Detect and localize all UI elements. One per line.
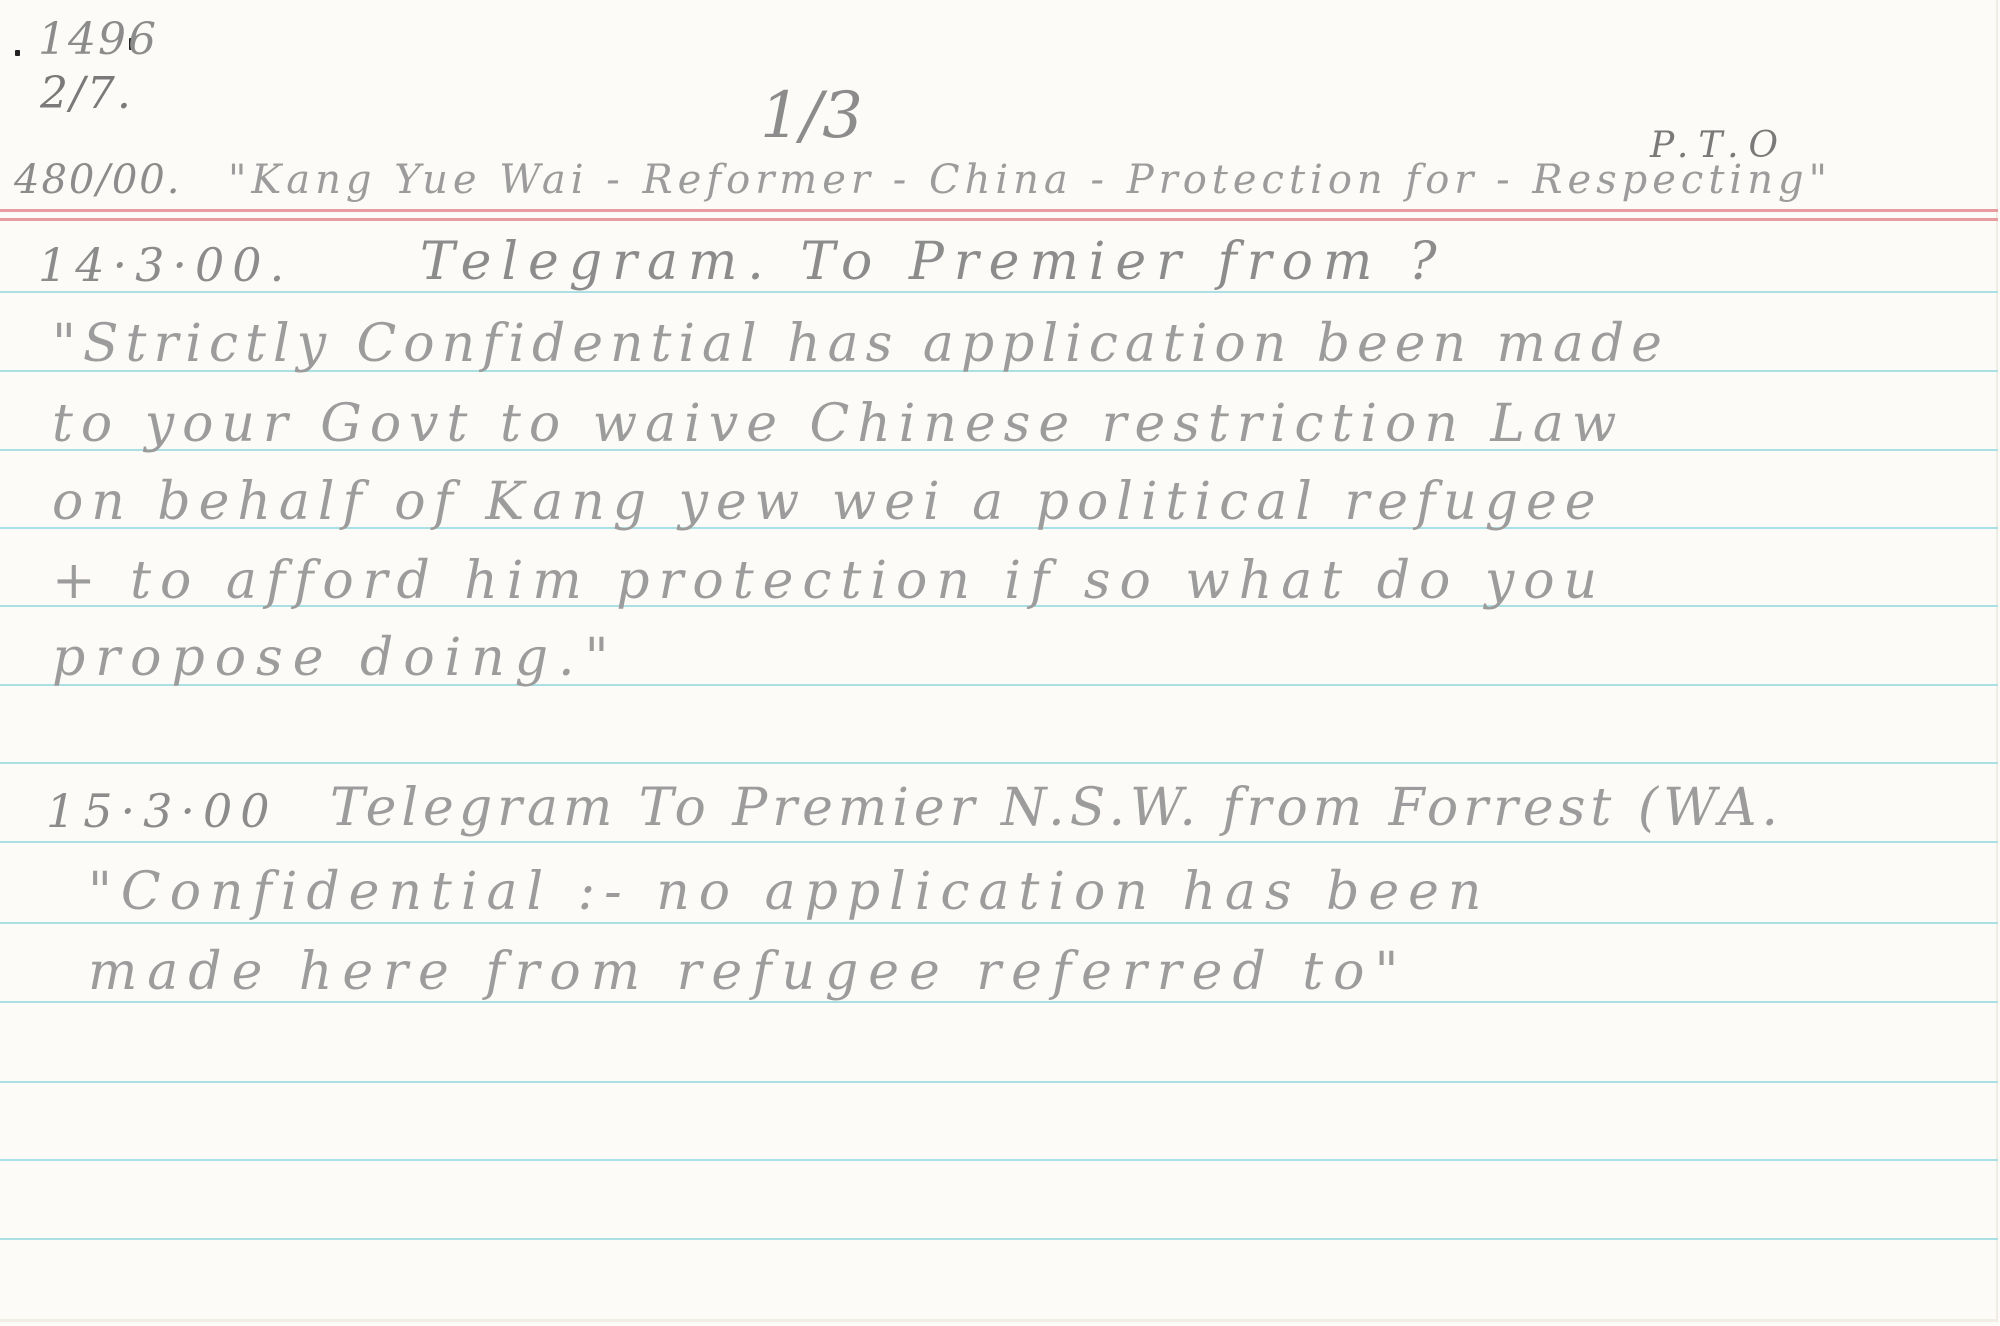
entry-date: 14·3·00. xyxy=(38,242,292,288)
subject-title: "Kang Yue Wai - Reformer - China - Prote… xyxy=(228,160,1832,200)
blue-rule xyxy=(0,1238,1998,1240)
red-header-rule-top xyxy=(0,209,1998,212)
entry-date: 15·3·00 xyxy=(46,788,278,834)
entry-line: "Strictly Confidential has application b… xyxy=(52,318,1669,370)
entry-heading: Telegram. To Premier from ? xyxy=(420,236,1447,288)
corner-reference-top: 1496 xyxy=(38,18,158,62)
entry-line: propose doing." xyxy=(52,632,618,684)
index-card: 1496 2/7. 1/3 P.T.O 480/00. "Kang Yue Wa… xyxy=(0,0,2000,1326)
blue-rule xyxy=(0,922,1998,924)
entry-line: + to afford him protection if so what do… xyxy=(52,555,1606,607)
file-number: 480/00. xyxy=(14,160,181,200)
blue-rule xyxy=(0,1159,1998,1161)
blue-rule xyxy=(0,841,1998,843)
folio-number: 1/3 xyxy=(760,84,863,148)
entry-heading: Telegram To Premier N.S.W. from Forrest … xyxy=(330,782,1783,834)
red-header-rule-bottom xyxy=(0,218,1998,221)
corner-reference-bottom: 2/7. xyxy=(40,72,133,116)
entry-line: made here from refugee referred to" xyxy=(88,946,1408,998)
entry-line: "Confidential :- no application has been xyxy=(88,866,1490,918)
blue-rule xyxy=(0,1081,1998,1083)
entry-line: on behalf of Kang yew wei a political re… xyxy=(52,476,1604,528)
entry-line: to your Govt to waive Chinese restrictio… xyxy=(52,398,1624,450)
ink-speck xyxy=(15,50,20,56)
blue-rule xyxy=(0,762,1998,764)
